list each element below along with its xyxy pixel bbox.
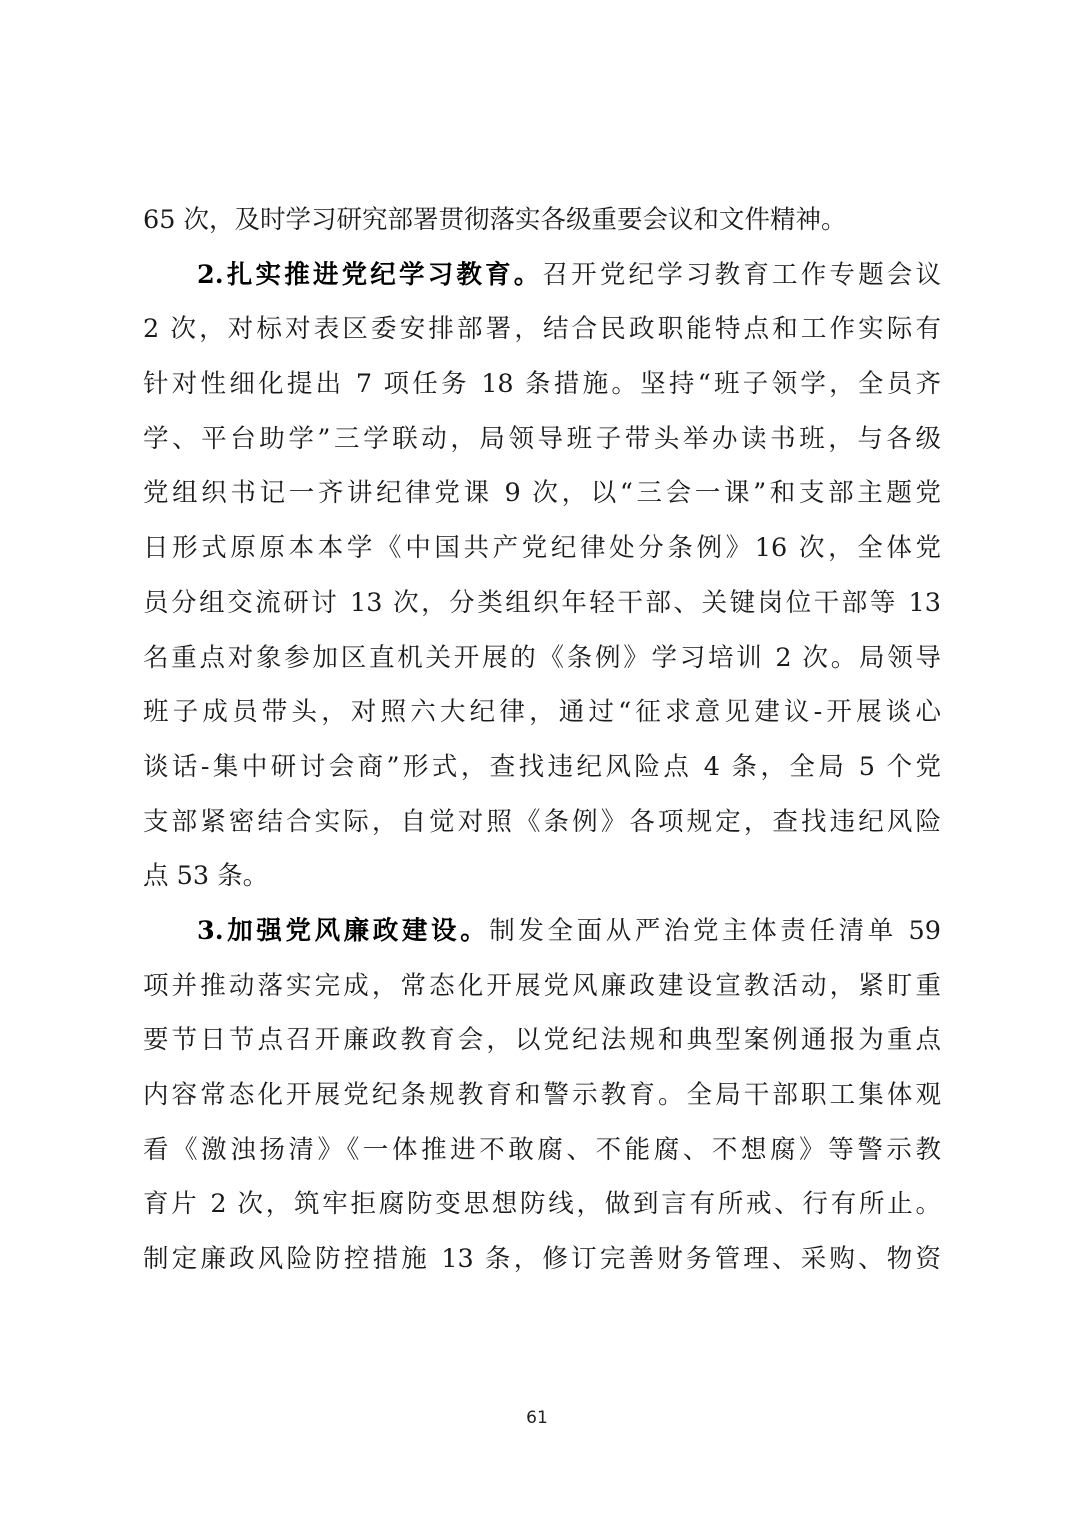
section-3-heading: 3.加强党风廉政建设。 xyxy=(197,916,489,946)
section-3-first-line: 3.加强党风廉政建设。制发全面从严治党主体责任清单 59 xyxy=(143,904,941,959)
section-2-line: 日形式原原本本学《中国共产党纪律处分条例》16 次，全体党 xyxy=(143,521,941,576)
section-2-line: 谈话-集中研讨会商”形式，查找违纪风险点 4 条，全局 5 个党 xyxy=(143,740,941,795)
section-3-line: 内容常态化开展党纪条规教育和警示教育。全局干部职工集体观 xyxy=(143,1068,941,1123)
section-3-line: 看《激浊扬清》《一体推进不敢腐、不能腐、不想腐》等警示教 xyxy=(143,1123,941,1178)
section-2-line: 班子成员带头，对照六大纪律，通过“征求意见建议-开展谈心 xyxy=(143,685,941,740)
section-2-line: 针对性细化提出 7 项任务 18 条措施。坚持“班子领学，全员齐 xyxy=(143,357,941,412)
section-2-first-line-text: 召开党纪学习教育工作专题会议 xyxy=(542,260,941,290)
section-2-line: 党组织书记一齐讲纪律党课 9 次，以“三会一课”和支部主题党 xyxy=(143,466,941,521)
section-3-line: 制定廉政风险防控措施 13 条，修订完善财务管理、采购、物资 xyxy=(143,1232,941,1287)
section-3-line: 项并推动落实完成，常态化开展党风廉政建设宣教活动，紧盯重 xyxy=(143,959,941,1014)
section-3-first-line-text: 制发全面从严治党主体责任清单 59 xyxy=(489,916,941,946)
section-2-heading: 2.扎实推进党纪学习教育。 xyxy=(197,260,542,290)
section-2-line: 点 53 条。 xyxy=(143,849,941,904)
section-2-line: 员分组交流研讨 13 次，分类组织年轻干部、关键岗位干部等 13 xyxy=(143,576,941,631)
section-2-line: 支部紧密结合实际，自觉对照《条例》各项规定，查找违纪风险 xyxy=(143,795,941,850)
section-2-first-line: 2.扎实推进党纪学习教育。召开党纪学习教育工作专题会议 xyxy=(143,248,941,303)
section-3-line: 育片 2 次，筑牢拒腐防变思想防线，做到言有所戒、行有所止。 xyxy=(143,1177,941,1232)
page-number: 61 xyxy=(0,1408,1074,1428)
section-3-line: 要节日节点召开廉政教育会，以党纪法规和典型案例通报为重点 xyxy=(143,1013,941,1068)
section-2-line: 名重点对象参加区直机关开展的《条例》学习培训 2 次。局领导 xyxy=(143,631,941,686)
section-2-line: 学、平台助学”三学联动，局领导班子带头举办读书班，与各级 xyxy=(143,412,941,467)
section-2-line: 2 次，对标对表区委安排部署，结合民政职能特点和工作实际有 xyxy=(143,302,941,357)
document-page: 65 次，及时学习研究部署贯彻落实各级重要会议和文件精神。 2.扎实推进党纪学习… xyxy=(0,0,1074,1520)
paragraph-1-line-1: 65 次，及时学习研究部署贯彻落实各级重要会议和文件精神。 xyxy=(143,193,941,248)
body-text: 65 次，及时学习研究部署贯彻落实各级重要会议和文件精神。 2.扎实推进党纪学习… xyxy=(143,193,941,1287)
